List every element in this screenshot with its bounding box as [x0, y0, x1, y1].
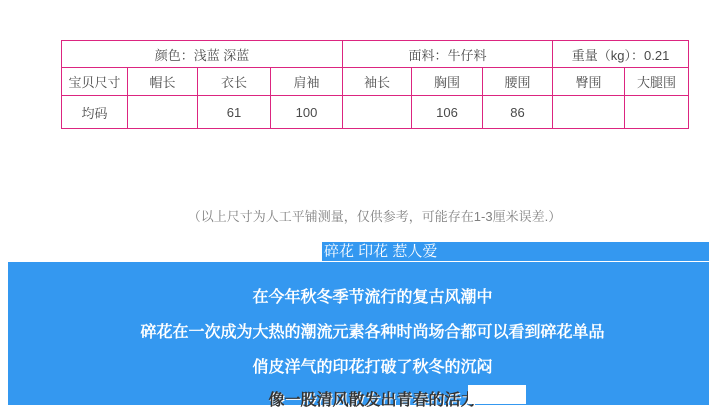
weight-info-cell: 重量（kg）：0.21	[553, 41, 689, 68]
value-cell-bust: 106	[412, 96, 483, 129]
value-cell-waist: 86	[483, 96, 553, 129]
promo-heading-bar: 碎花 印花 惹人爱	[322, 242, 709, 261]
color-info-cell: 颜色：浅蓝 深蓝	[62, 41, 343, 68]
value-cell-thigh	[625, 96, 689, 129]
header-cell-hood-length: 帽长	[128, 68, 198, 96]
fabric-info-cell: 面料：牛仔料	[343, 41, 553, 68]
header-cell-shoulder-sleeve: 肩袖	[271, 68, 343, 96]
promo-line-1: 在今年秋冬季节流行的复古风潮中	[8, 284, 709, 307]
promo-line-2: 碎花在一次成为大热的潮流元素各种时尚场合都可以看到碎花单品	[8, 319, 709, 342]
table-row-info: 颜色：浅蓝 深蓝 面料：牛仔料 重量（kg）：0.21	[62, 41, 689, 68]
header-cell-hip: 臀围	[553, 68, 625, 96]
header-cell-waist: 腰围	[483, 68, 553, 96]
header-cell-thigh: 大腿围	[625, 68, 689, 96]
value-cell-garment-length: 61	[198, 96, 271, 129]
table-row-values: 均码 61 100 106 86	[62, 96, 689, 129]
promo-line-4: 像一股清风散发出青春的活力	[8, 387, 709, 410]
page-root: { "page": { "background_color": "#ffffff…	[0, 0, 709, 419]
promo-heading-text: 碎花 印花 惹人爱	[324, 243, 437, 260]
table-row-headers: 宝贝尺寸 帽长 衣长 肩袖 袖长 胸围 腰围 臀围 大腿围	[62, 68, 689, 96]
white-notch-block	[468, 385, 526, 404]
value-cell-hood-length	[128, 96, 198, 129]
measurement-disclaimer-note: （以上尺寸为人工平铺测量，仅供参考，可能存在1-3厘米误差.）	[0, 206, 709, 225]
value-cell-hip	[553, 96, 625, 129]
header-cell-garment-length: 衣长	[198, 68, 271, 96]
value-cell-shoulder-sleeve: 100	[271, 96, 343, 129]
header-cell-bust: 胸围	[412, 68, 483, 96]
value-cell-size-name: 均码	[62, 96, 128, 129]
promo-banner: 在今年秋冬季节流行的复古风潮中 碎花在一次成为大热的潮流元素各种时尚场合都可以看…	[8, 262, 709, 405]
value-cell-sleeve-length	[343, 96, 412, 129]
promo-line-3: 俏皮洋气的印花打破了秋冬的沉闷	[8, 354, 709, 377]
header-cell-sleeve-length: 袖长	[343, 68, 412, 96]
size-spec-table: 颜色：浅蓝 深蓝 面料：牛仔料 重量（kg）：0.21 宝贝尺寸 帽长 衣长 肩…	[61, 40, 689, 129]
header-cell-item-size: 宝贝尺寸	[62, 68, 128, 96]
